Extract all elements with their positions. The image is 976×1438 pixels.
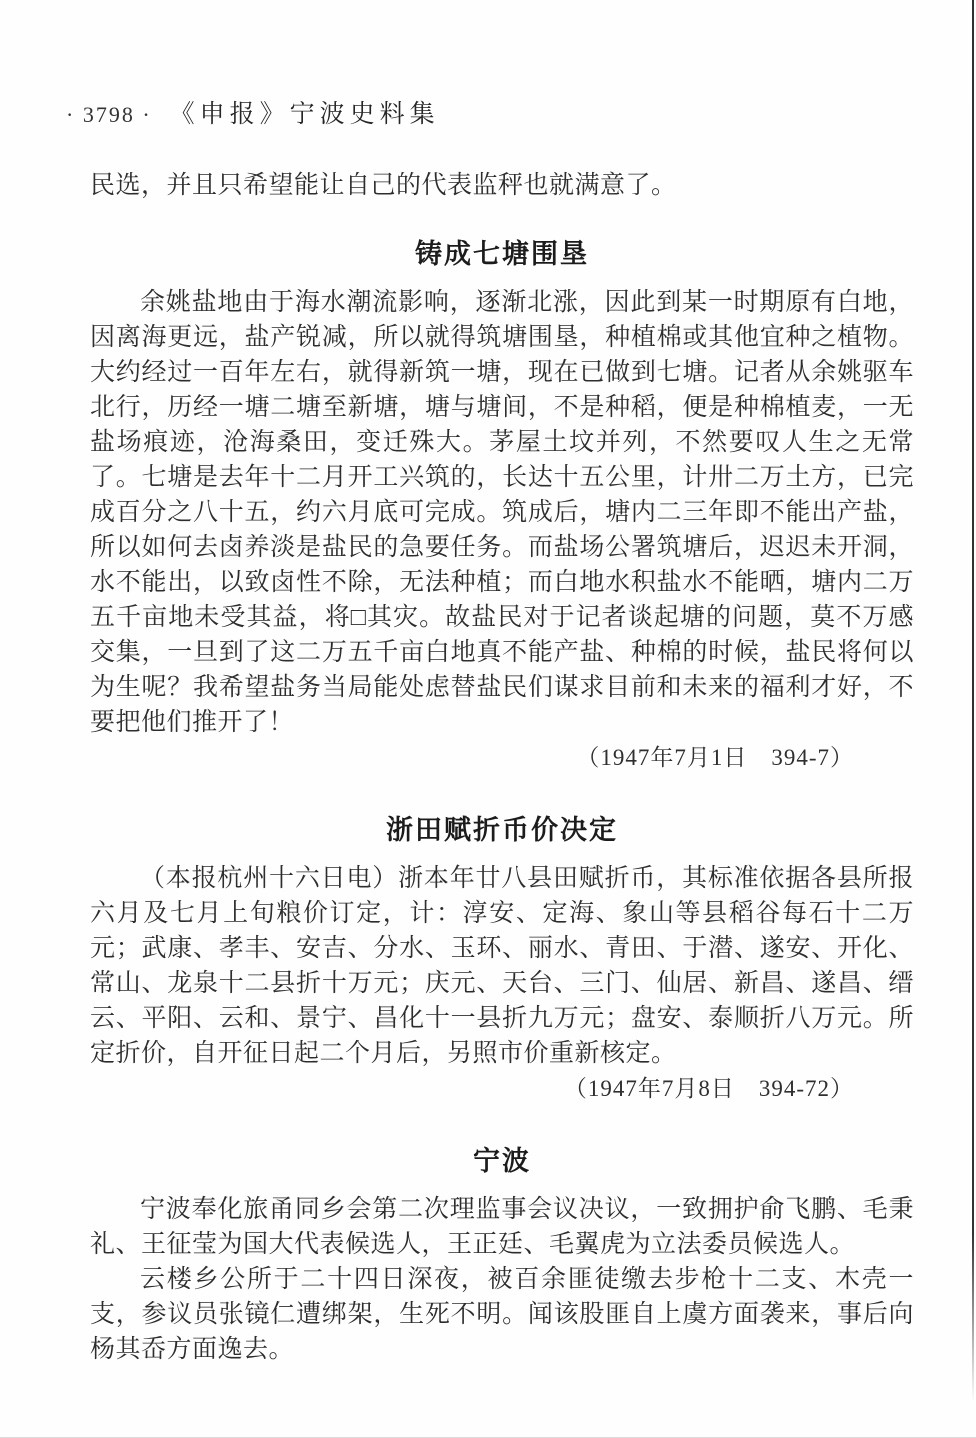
article-paragraph: 宁波奉化旅甬同乡会第二次理监事会议决议，一致拥护俞飞鹏、毛秉礼、王征莹为国大代表… <box>90 1192 914 1262</box>
article-dateline: （1947年7月8日 394-72） <box>90 1071 914 1106</box>
article-paragraph: 余姚盐地由于海水潮流影响，逐渐北涨，因此到某一时期原有白地，因离海更远，盐产锐减… <box>90 285 914 740</box>
article-tianfu-zhebi: 浙田赋折币价决定 （本报杭州十六日电）浙本年廿八县田赋折币，其标准依据各县所报六… <box>90 811 914 1106</box>
article-title: 浙田赋折币价决定 <box>90 811 914 849</box>
article-qitang-weiken: 铸成七塘围垦 余姚盐地由于海水潮流影响，逐渐北涨，因此到某一时期原有白地，因离海… <box>90 235 914 775</box>
scan-page-edge-line <box>972 0 974 1402</box>
article-paragraph: （本报杭州十六日电）浙本年廿八县田赋折币，其标准依据各县所报六月及七月上旬粮价订… <box>90 861 914 1071</box>
article-dateline: （1947年7月1日 394-7） <box>90 740 914 775</box>
running-header: · 3798 · 《申报》宁波史料集 <box>66 94 440 130</box>
book-title: 《申报》宁波史料集 <box>170 94 440 130</box>
article-paragraph: 云楼乡公所于二十四日深夜，被百余匪徒缴去步枪十二支、木壳一支，参议员张镜仁遭绑架… <box>90 1262 914 1367</box>
continuation-paragraph: 民选，并且只希望能让自己的代表监秤也就满意了。 <box>90 168 914 203</box>
scanned-book-page: · 3798 · 《申报》宁波史料集 民选，并且只希望能让自己的代表监秤也就满意… <box>0 0 976 1438</box>
article-title: 宁波 <box>90 1142 914 1180</box>
page-body: 民选，并且只希望能让自己的代表监秤也就满意了。 铸成七塘围垦 余姚盐地由于海水潮… <box>90 168 914 1367</box>
article-ningbo: 宁波 宁波奉化旅甬同乡会第二次理监事会议决议，一致拥护俞飞鹏、毛秉礼、王征莹为国… <box>90 1142 914 1367</box>
article-title: 铸成七塘围垦 <box>90 235 914 273</box>
page-number: · 3798 · <box>66 102 152 128</box>
